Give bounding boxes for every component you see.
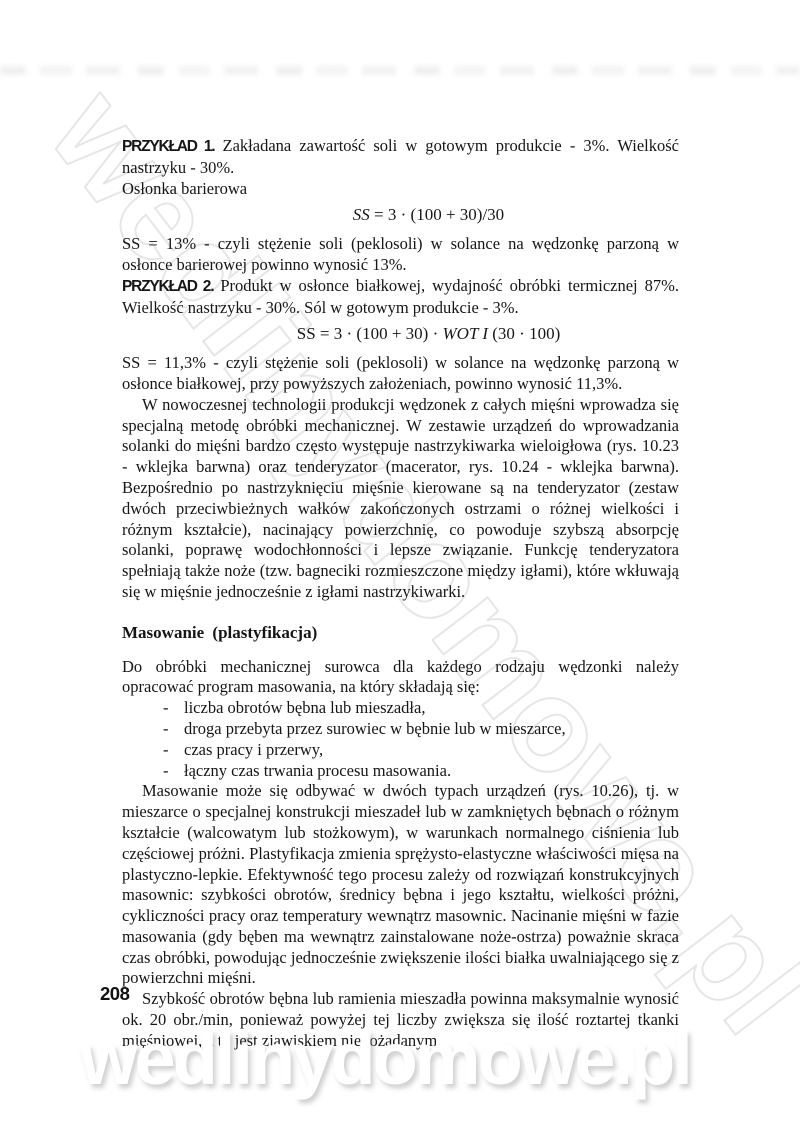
example1-label: PRZYKŁAD 1. [122,138,214,155]
list-item: - liczba obrotów bębna lub mieszadła, [122,698,679,719]
example1-line2: Osłonka barierowa [122,179,679,200]
scan-artifact-band [0,66,800,75]
example1-paragraph: PRZYKŁAD 1. Zakładana zawartość soli w g… [122,136,679,179]
scanned-book-page: wedlinydomowe.pl PRZYKŁAD 1. Zakładana z… [0,0,800,1141]
formula-2: SS = 3 · (100 + 30) · WOT I (30 · 100) [150,324,707,345]
masowanie-program-list: - liczba obrotów bębna lub mieszadła, - … [122,698,679,781]
section-heading-masowanie: Masowanie (plastyfikacja) [122,623,679,644]
technology-paragraph: W nowoczesnej technologii produkcji wędz… [122,395,679,603]
example2-paragraph: PRZYKŁAD 2. Produkt w osłonce białkowej,… [122,276,679,319]
list-dash: - [163,761,184,782]
page-number: 208 [100,983,129,1005]
formula-1: SS = 3 · (100 + 30)/30 [150,205,707,226]
list-item: - droga przebyta przez surowiec w bębnie… [122,719,679,740]
formula-1-rest: = 3 · (100 + 30)/30 [370,205,504,224]
example2-label: PRZYKŁAD 2. [122,278,213,295]
page-text-block: PRZYKŁAD 1. Zakładana zawartość soli w g… [122,136,679,1052]
list-item: - łączny czas trwania procesu masowania. [122,761,679,782]
example1-result: SS = 13% - czyli stężenie soli (peklosol… [122,234,679,276]
list-item-text: łączny czas trwania procesu masowania. [184,761,679,782]
list-item-text: liczba obrotów bębna lub mieszadła, [184,698,679,719]
masowanie-intro: Do obróbki mechanicznej surowca dla każd… [122,657,679,699]
bottom-watermark: wedlinydomowe.pl [80,1016,690,1101]
masowanie-paragraph: Masowanie może się odbywać w dwóch typac… [122,781,679,989]
list-dash: - [163,740,184,761]
list-item-text: droga przebyta przez surowiec w bębnie l… [184,719,679,740]
list-item-text: czas pracy i przerwy, [184,740,679,761]
list-dash: - [163,698,184,719]
formula-2-wot: WOT I [443,324,489,343]
example2-result: SS = 11,3% - czyli stężenie soli (peklos… [122,353,679,395]
formula-2-pre: SS = 3 · (100 + 30) · [297,324,443,343]
formula-2-post: (30 · 100) [488,324,560,343]
list-dash: - [163,719,184,740]
formula-1-ss: SS [353,205,370,224]
list-item: - czas pracy i przerwy, [122,740,679,761]
